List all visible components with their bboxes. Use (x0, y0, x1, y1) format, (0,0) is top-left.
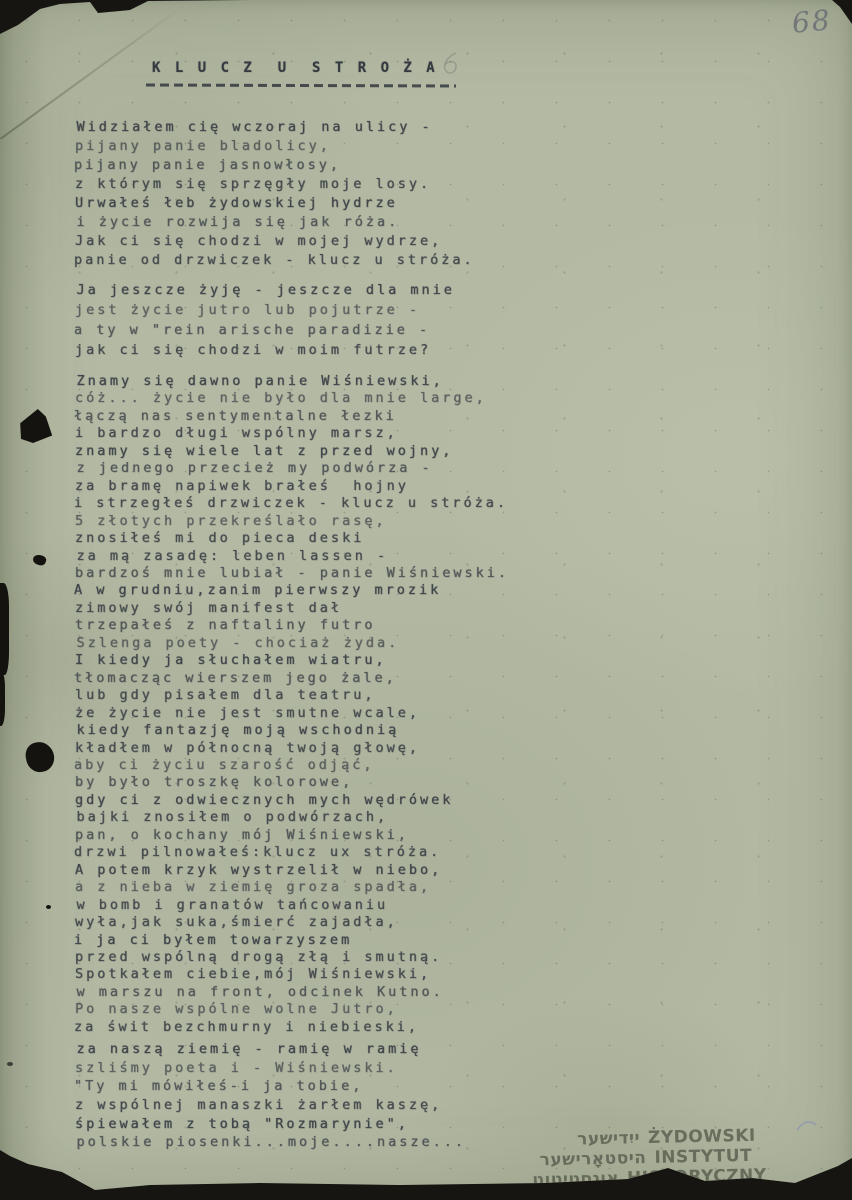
poem-line: za świt bezchmurny i niebieski, (74, 1019, 634, 1036)
poem-line: panie od drzwiczek - klucz u stróża. (74, 251, 634, 270)
institute-stamp: ייִדישער ŻYDOWSKI היסטאָרישער INSTYTUT א… (531, 1126, 766, 1191)
poem-line: że życie nie jest smutne wcale, (75, 705, 635, 722)
poem-line: kładłem w północną twoją głowę, (75, 740, 635, 757)
poem-line: jest życie jutro lub pojutrze - (75, 300, 635, 320)
poem-stanza: Znamy się dawno panie Wiśniewski,cóż... … (75, 373, 635, 1036)
scanned-page: 68 K L U C Z U S T R O Ż A Widziałem cię… (0, 0, 852, 1200)
poem-line: A w grudniu,zanim pierwszy mrozik (74, 582, 634, 599)
stamp-line: אינסטיטוט HISTORYCZNY (532, 1166, 767, 1191)
poem-line: przed wspólną drogą złą i smutną. (75, 949, 635, 966)
poem-line: "Ty mi mówiłeś-i ja tobie, (74, 1077, 634, 1096)
paper-tear-hole (46, 905, 51, 909)
poem-line: znamy się wiele lat z przed wojny, (75, 443, 635, 460)
poem-line: szliśmy poeta i - Wiśniewski. (75, 1059, 635, 1078)
stamp-polish-text: HISTORYCZNY (627, 1166, 767, 1189)
poem-line: a ty w "rein arische paradizie - (74, 320, 634, 340)
poem-title: K L U C Z U S T R O Ż A (152, 60, 438, 76)
poem-line: drzwi pilnowałeś:klucz ux stróża. (74, 844, 634, 861)
stamp-polish-text: ŻYDOWSKI (648, 1126, 756, 1148)
poem-line: by było troszkę kolorowe, (75, 774, 635, 791)
poem-line: Jak ci się chodzi w mojej wydrze, (75, 232, 635, 251)
poem-line: w marszu na front, odcinek Kutno. (77, 984, 637, 1001)
pencil-squiggle-mark (432, 50, 464, 82)
poem-line: z wspólnej manaszki żarłem kaszę, (75, 1096, 635, 1115)
poem-stanza: Ja jeszcze żyję - jeszcze dla mniejest ż… (75, 280, 635, 360)
poem-line: 5 złotych przekreślało rasę, (75, 513, 635, 530)
poem-line: i ja ci byłem towarzyszem (74, 932, 634, 949)
poem-line: A potem krzyk wystrzelił w niebo, (75, 862, 635, 879)
poem-line: i bardzo długi wspólny marsz, (75, 425, 635, 442)
poem-line: jak ci się chodzi w moim futrze? (75, 340, 635, 360)
poem-line: kiedy fantazję moją wschodnią (77, 722, 637, 739)
poem-line: cóż... życie nie było dla mnie large, (75, 390, 635, 407)
poem-stanza: Widziałem cię wczoraj na ulicy -pijany p… (75, 118, 635, 270)
poem-line: Szlenga poety - chociaż żyda. (77, 635, 637, 652)
poem-line: a z nieba w ziemię groza spadła, (75, 879, 635, 896)
poem-line: zimowy swój manifest dał (75, 600, 635, 617)
poem-line: za bramę napiwek brałeś hojny (75, 478, 635, 495)
paper-tear-hole (7, 1062, 13, 1066)
poem-line: za mą zasadę: leben lassen - (77, 548, 637, 565)
poem-line: bardzoś mnie lubiał - panie Wiśniewski. (75, 565, 635, 582)
poem-line: za naszą ziemię - ramię w ramię (77, 1040, 637, 1059)
poem-line: Ja jeszcze żyję - jeszcze dla mnie (77, 280, 637, 300)
poem-line: łączą nas sentymentalne łezki (74, 408, 634, 425)
poem-line: I kiedy ja słuchałem wiatru, (75, 652, 635, 669)
paper-edge-tear (0, 670, 5, 726)
poem-line: z którym się sprzęgły moje losy. (75, 175, 635, 194)
poem-line: lub gdy pisałem dla teatru, (75, 687, 635, 704)
poem-line: i życie rozwija się jak róża. (77, 213, 637, 232)
poem-line: z jednego przecież my podwórza - (77, 460, 637, 477)
stamp-yiddish-text: אינסטיטוט (532, 1169, 619, 1191)
poem-line: Po nasze wspólne wolne Jutro, (75, 1001, 635, 1018)
stamp-yiddish-text: היסטאָרישער (539, 1148, 646, 1170)
poem-line: tłomacząc wierszem jego żale, (74, 670, 634, 687)
poem-line: pan, o kochany mój Wiśniewski, (75, 827, 635, 844)
poem-line: i strzegłeś drzwiczek - klucz u stróża. (74, 495, 634, 512)
poem-line: Urwałeś łeb żydowskiej hydrze (75, 194, 635, 213)
stamp-yiddish-text: ייִדישער (577, 1128, 640, 1149)
poem-body: Widziałem cię wczoraj na ulicy -pijany p… (75, 118, 635, 1152)
poem-line: Widziałem cię wczoraj na ulicy - (77, 118, 637, 137)
poem-line: znosiłeś mi do pieca deski (75, 530, 635, 547)
poem-line: Spotkałem ciebie,mój Wiśniewski, (75, 966, 635, 983)
poem-line: gdy ci z odwiecznych mych wędrówek (75, 792, 635, 809)
title-underline (146, 83, 456, 87)
poem-line: pijany panie jasnowłosy, (74, 156, 634, 175)
poem-line: aby ci życiu szarość odjąć, (74, 757, 634, 774)
document-paper: 68 K L U C Z U S T R O Ż A Widziałem cię… (0, 0, 852, 1200)
poem-line: w bomb i granatów tańcowaniu (77, 897, 637, 914)
poem-line: bajki znosiłem o podwórzach, (77, 809, 637, 826)
poem-line: wyła,jak suka,śmierć zajadła, (75, 914, 635, 931)
poem-line: pijany panie bladolicy, (75, 137, 635, 156)
poem-line: trzepałeś z naftaliny futro (75, 617, 635, 634)
blue-pencil-mark (795, 1118, 819, 1134)
handwritten-page-number: 68 (791, 3, 833, 39)
paper-edge-tear (0, 583, 9, 675)
stamp-polish-text: INSTYTUT (654, 1146, 752, 1168)
poem-line: Znamy się dawno panie Wiśniewski, (77, 373, 637, 390)
